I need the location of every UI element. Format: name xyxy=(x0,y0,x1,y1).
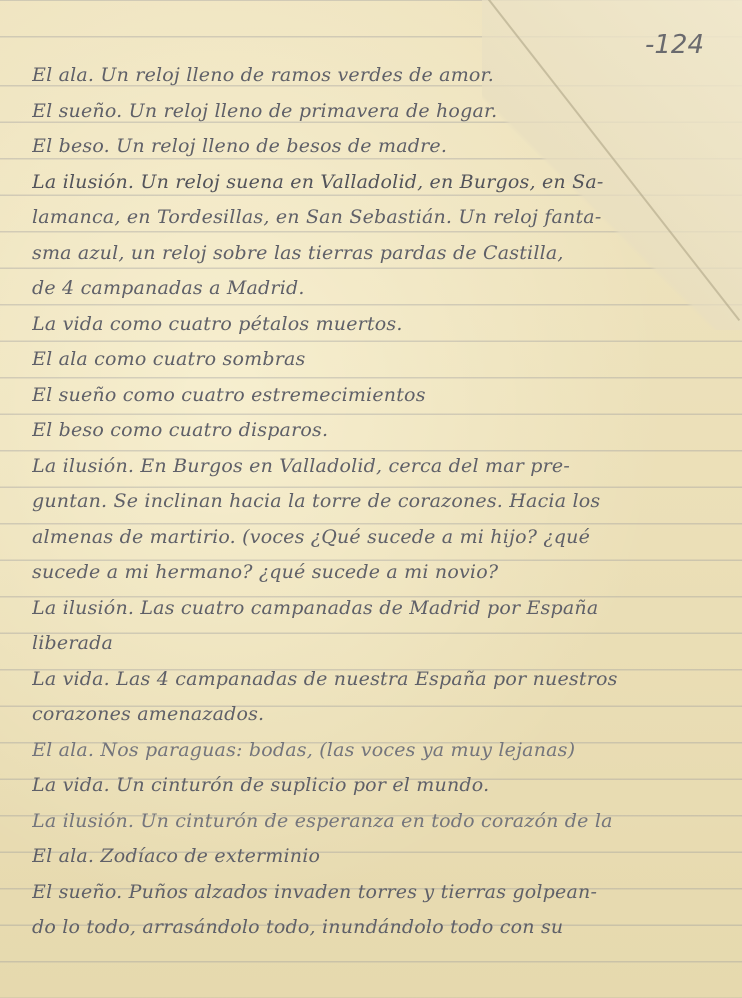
text-line: La vida. Un cinturón de suplicio por el … xyxy=(32,768,732,804)
text-line: almenas de martirio. (voces ¿Qué sucede … xyxy=(32,520,732,556)
text-line: El ala. Un reloj lleno de ramos verdes d… xyxy=(32,58,732,94)
text-line: corazones amenazados. xyxy=(32,697,732,733)
text-line: El beso como cuatro disparos. xyxy=(32,413,732,449)
text-line: guntan. Se inclinan hacia la torre de co… xyxy=(32,484,732,520)
text-line: La ilusión. Un reloj suena en Valladolid… xyxy=(32,165,732,201)
text-line: La ilusión. Las cuatro campanadas de Mad… xyxy=(32,591,732,627)
text-line: liberada xyxy=(32,626,732,662)
text-line: do lo todo, arrasándolo todo, inundándol… xyxy=(32,910,732,946)
text-line: El ala. Zodíaco de exterminio xyxy=(32,839,732,875)
text-line: sma azul, un reloj sobre las tierras par… xyxy=(32,236,732,272)
text-line: El sueño como cuatro estremecimientos xyxy=(32,378,732,414)
text-line: El sueño. Un reloj lleno de primavera de… xyxy=(32,94,732,130)
text-line: La ilusión. Un cinturón de esperanza en … xyxy=(32,804,732,840)
text-line: El beso. Un reloj lleno de besos de madr… xyxy=(32,129,732,165)
text-line: El ala. Nos paraguas: bodas, (las voces … xyxy=(32,733,732,769)
text-line: de 4 campanadas a Madrid. xyxy=(32,271,732,307)
text-line: sucede a mi hermano? ¿qué sucede a mi no… xyxy=(32,555,732,591)
page-number: -124 xyxy=(645,30,704,60)
text-line: La vida. Las 4 campanadas de nuestra Esp… xyxy=(32,662,732,698)
handwritten-text: El ala. Un reloj lleno de ramos verdes d… xyxy=(32,58,732,946)
text-line: lamanca, en Tordesillas, en San Sebastiá… xyxy=(32,200,732,236)
text-line: El sueño. Puños alzados invaden torres y… xyxy=(32,875,732,911)
text-line: La vida como cuatro pétalos muertos. xyxy=(32,307,732,343)
manuscript-page: -124 El ala. Un reloj lleno de ramos ver… xyxy=(0,0,742,998)
text-line: La ilusión. En Burgos en Valladolid, cer… xyxy=(32,449,732,485)
text-line: El ala como cuatro sombras xyxy=(32,342,732,378)
